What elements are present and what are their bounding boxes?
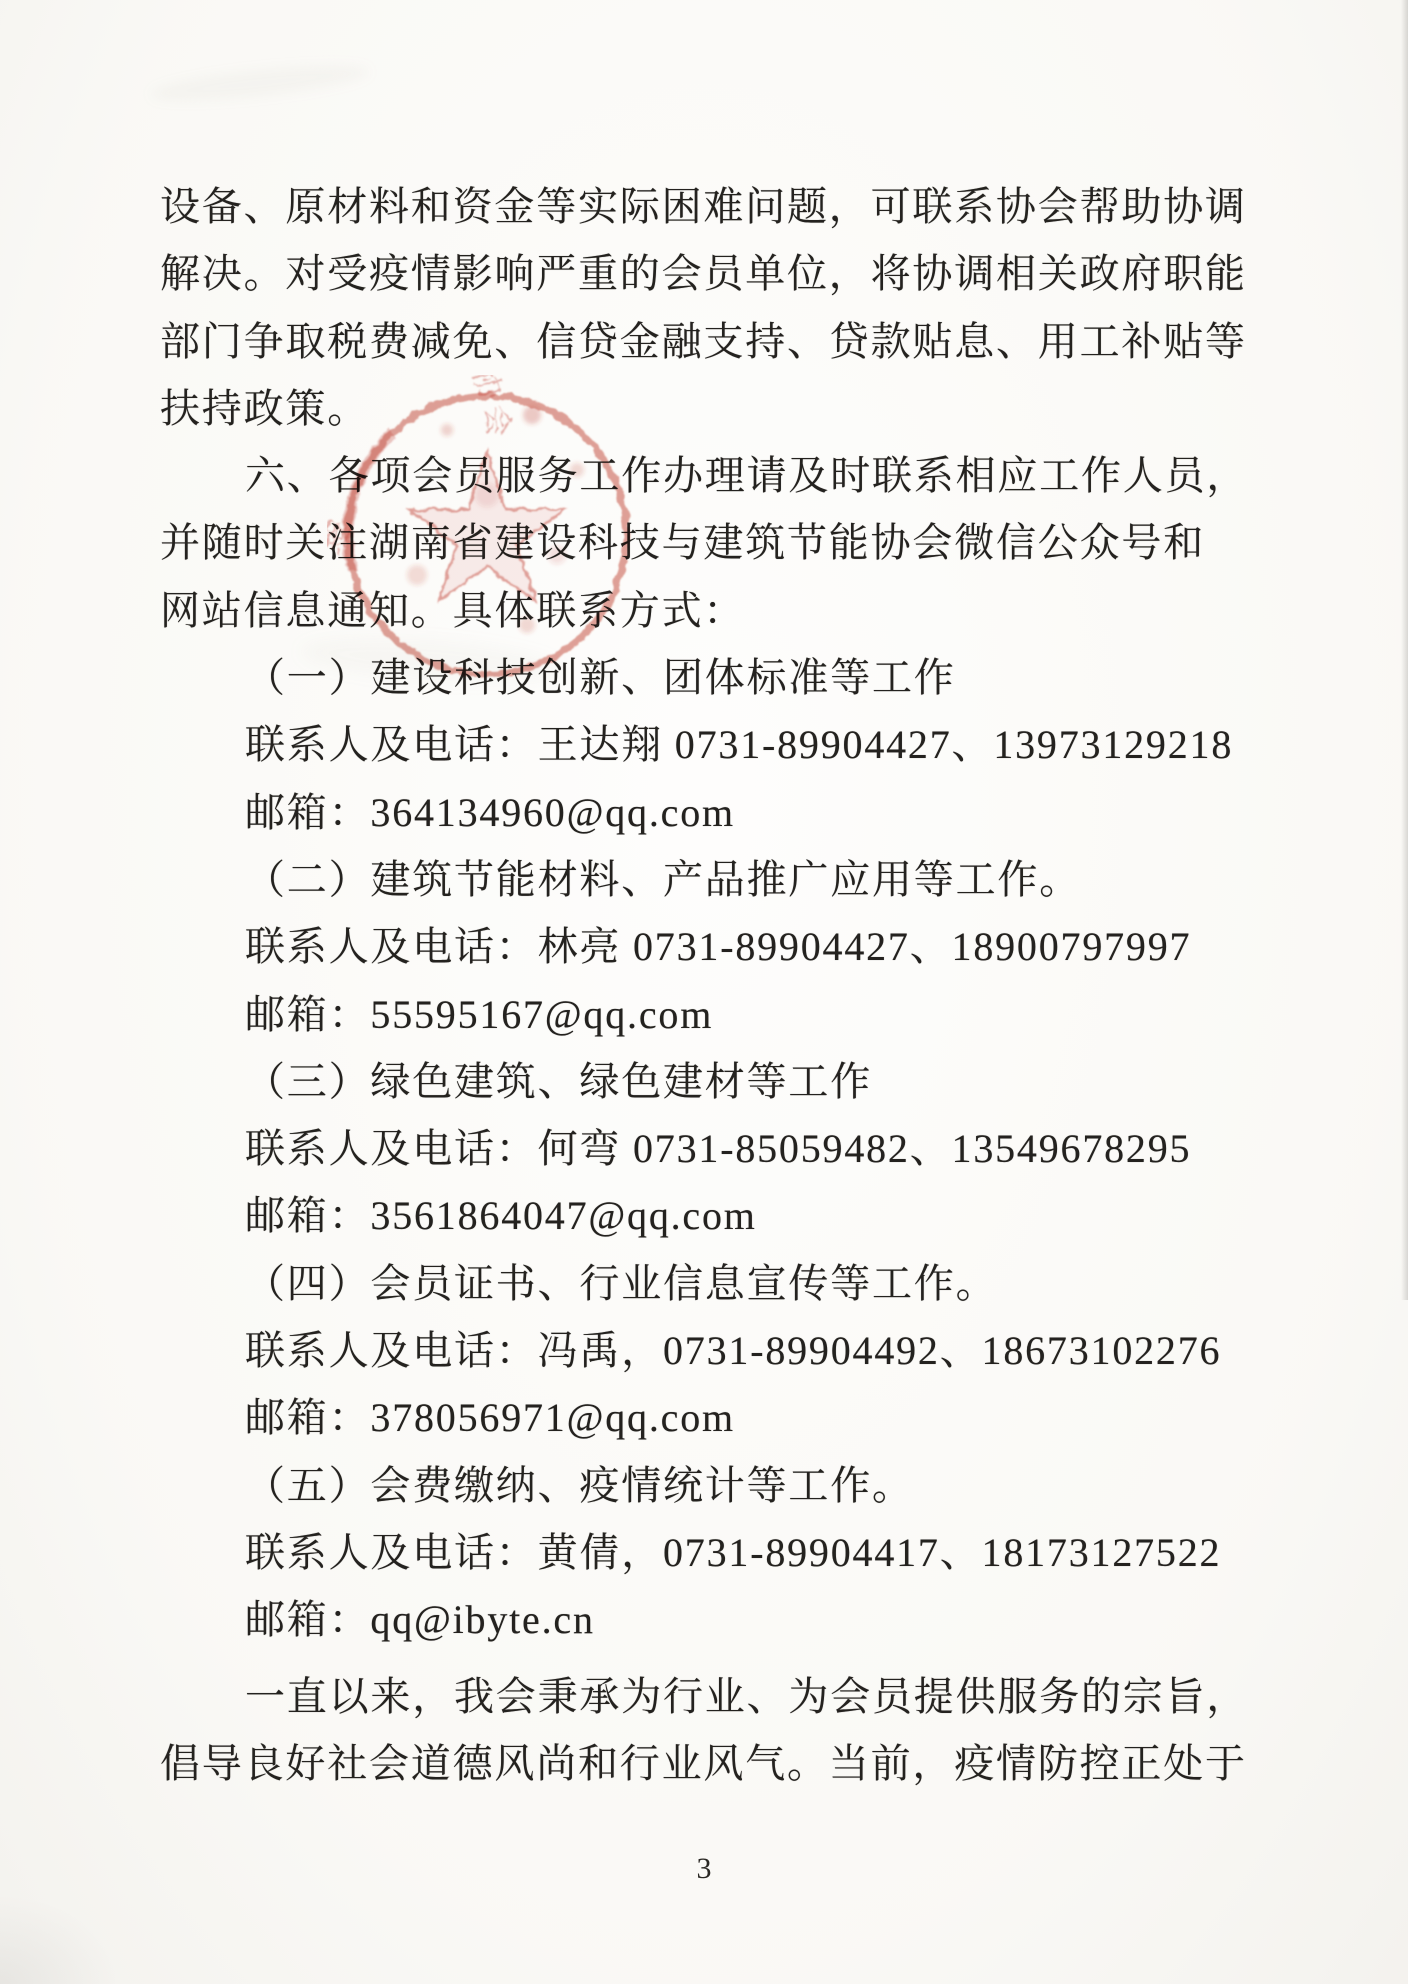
body-line: 扶持政策。 xyxy=(160,389,1260,429)
email-line: 邮箱：378056971@qq.com xyxy=(160,1398,1345,1438)
section-heading-line: （五）会费缴纳、疫情统计等工作。 xyxy=(160,1466,1345,1506)
email-line: 邮箱：3561864047@qq.com xyxy=(160,1196,1345,1236)
body-line: 倡导良好社会道德风尚和行业风气。当前，疫情防控正处于 xyxy=(160,1744,1260,1784)
scanned-document-page: 设备、原材料和资金等实际困难问题，可联系协会帮助协调 解决。对受疫情影响严重的会… xyxy=(0,0,1408,1984)
scan-edge-shadow xyxy=(1401,0,1408,1300)
body-line: 部门争取税费减免、信贷金融支持、贷款贴息、用工补贴等 xyxy=(160,322,1260,362)
contact-line: 联系人及电话：王达翔 0731-89904427、13973129218 xyxy=(160,725,1345,765)
section-heading-line: （三）绿色建筑、绿色建材等工作 xyxy=(160,1062,1345,1102)
body-line: 设备、原材料和资金等实际困难问题，可联系协会帮助协调 xyxy=(160,187,1260,227)
section-heading-line: （二）建筑节能材料、产品推广应用等工作。 xyxy=(160,860,1345,900)
contact-line: 联系人及电话：林亮 0731-89904427、18900797997 xyxy=(160,927,1345,967)
body-line: 网站信息通知。具体联系方式： xyxy=(160,591,1260,631)
body-line: 并随时关注湖南省建设科技与建筑节能协会微信公众号和 xyxy=(160,523,1260,563)
page-number: 3 xyxy=(0,1852,1408,1886)
body-line: 一直以来，我会秉承为行业、为会员提供服务的宗旨， xyxy=(160,1677,1345,1717)
email-line: 邮箱：364134960@qq.com xyxy=(160,793,1345,833)
scan-corner-shadow xyxy=(0,1894,120,1984)
section-heading-line: （四）会员证书、行业信息宣传等工作。 xyxy=(160,1264,1345,1304)
contact-line: 联系人及电话：何弯 0731-85059482、13549678295 xyxy=(160,1129,1345,1169)
scan-smudge xyxy=(149,59,371,108)
contact-line: 联系人及电话：冯禹，0731-89904492、18673102276 xyxy=(160,1331,1345,1371)
section-heading-line: （一）建设科技创新、团体标准等工作 xyxy=(160,658,1345,698)
email-line: 邮箱：qq@ibyte.cn xyxy=(160,1600,1345,1640)
body-line: 解决。对受疫情影响严重的会员单位，将协调相关政府职能 xyxy=(160,254,1260,294)
section-heading-line: 六、各项会员服务工作办理请及时联系相应工作人员， xyxy=(160,456,1345,496)
email-line: 邮箱：55595167@qq.com xyxy=(160,995,1345,1035)
contact-line: 联系人及电话：黄倩，0731-89904417、18173127522 xyxy=(160,1533,1345,1573)
